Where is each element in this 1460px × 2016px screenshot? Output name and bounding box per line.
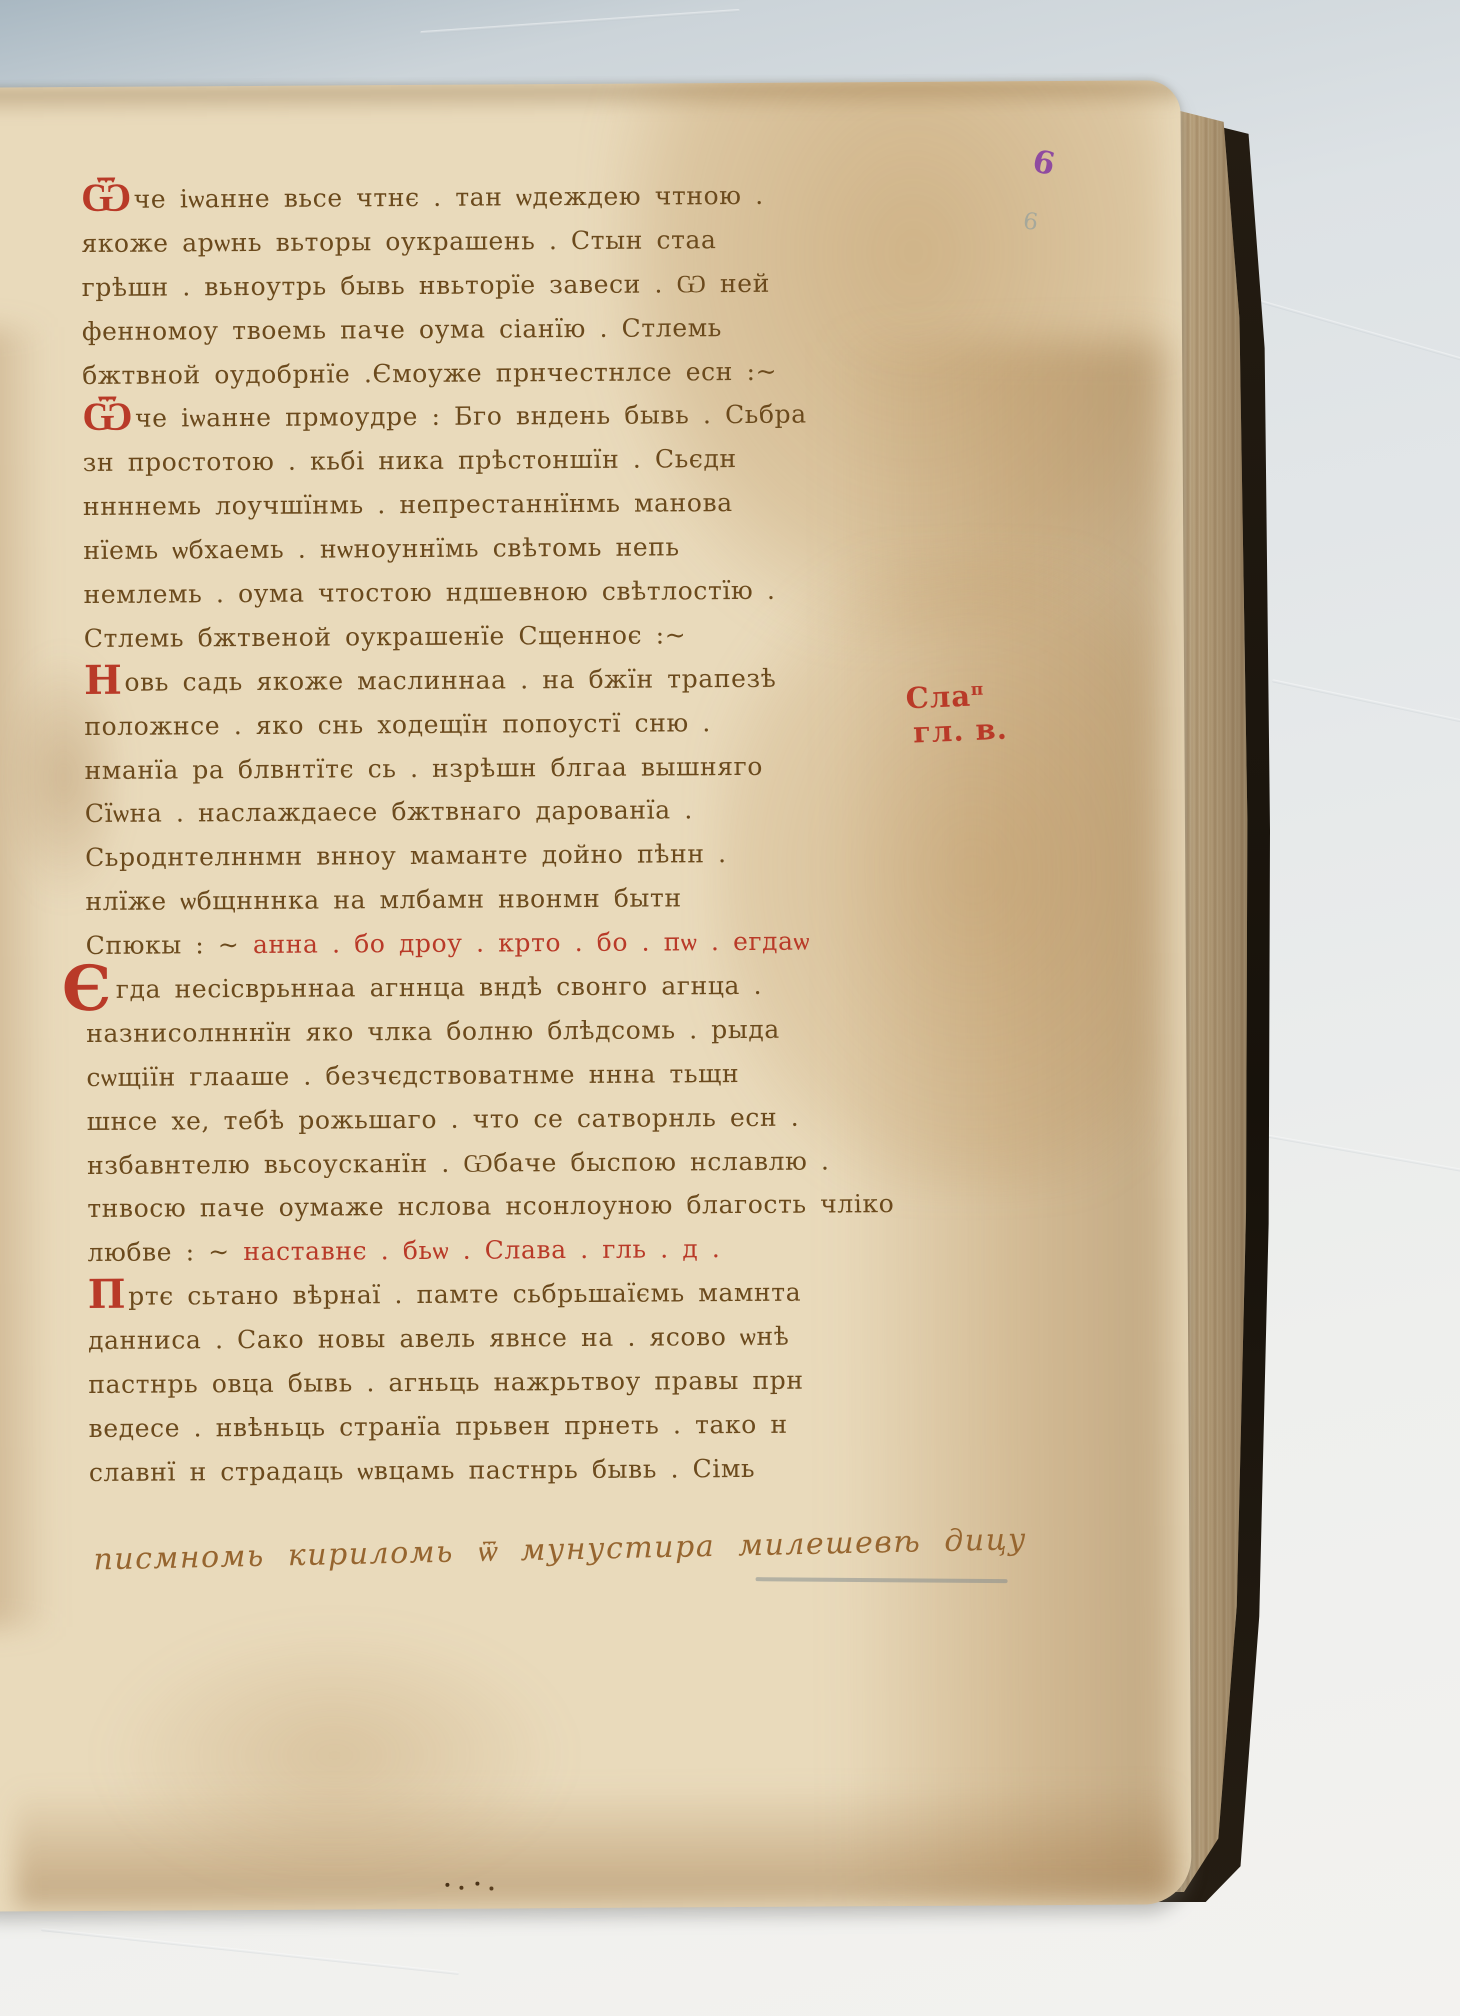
body-text: ведесе . нвѣньць странїа прьвен прнеть .… <box>89 1410 788 1443</box>
stain-left-edge <box>0 327 54 1627</box>
text-line: фенномоу твоемь паче оума сіанїю . Стлем… <box>82 312 772 360</box>
text-line: Ѿче іѡанне вьсе чтнє . тан ѡдеждею чтною… <box>81 181 771 229</box>
body-text: че іѡанне прмоудре : Бго вндень бывь . С… <box>135 400 807 433</box>
body-text: нїемь ѡбхаемь . нѡноуннїмь свѣтомь непь <box>83 532 680 565</box>
body-text: гда несісврьннаа агннца вндѣ свонго агнц… <box>116 971 762 1004</box>
margin-note-superscript: п <box>970 680 984 701</box>
body-text: любве : ~ <box>87 1237 243 1267</box>
body-text: зн простотою . кьбі ника прѣстоншїн . Сь… <box>83 444 737 477</box>
body-text: немлемь . оума чтостою ндшевною свѣтлост… <box>83 576 775 609</box>
text-line: Спюкы : ~ анна . бо дроу . крто . бо . п… <box>86 927 776 975</box>
rubric-text: наставнє . бьѡ . Слава . гль . д . <box>243 1235 720 1267</box>
cloth-crease <box>1259 300 1460 364</box>
text-line: любве : ~ наставнє . бьѡ . Слава . гль .… <box>87 1234 777 1282</box>
text-line: Єгда несісврьннаа агннца вндѣ свонго агн… <box>86 971 776 1019</box>
cursive-ownership-note: писмномь кириломь ѿ мунустира милешевѣ д… <box>93 1522 1054 1578</box>
manuscript-page: 6 6 Ѿче іѡанне вьсе чтнє . тан ѡдеждею ч… <box>0 80 1192 1911</box>
rubric-initial: Є <box>62 952 112 1025</box>
body-text: славнї н страдаць ѡвцамь пастнрь бывь . … <box>89 1454 755 1487</box>
text-line: Новь садь якоже маслиннаа . на бжїн трап… <box>84 664 774 712</box>
folio-number-purple: 6 <box>1030 143 1058 183</box>
body-text: грѣшн . вьноутрь бывь нвьторїе завеси . … <box>82 269 770 302</box>
stain-bottom-left <box>104 1624 566 1887</box>
text-line: назнисолнннїн яко члка болню блѣдсомь . … <box>86 1015 776 1063</box>
text-line: зн простотою . кьбі ника прѣстоншїн . Сь… <box>83 444 773 492</box>
body-text: че іѡанне вьсе чтнє . тан ѡдеждею чтною … <box>134 181 764 214</box>
rubric-initial: П <box>88 1271 127 1318</box>
body-text: нзбавнтелю вьсоусканїн . Ѡбаче быспою нс… <box>87 1146 830 1180</box>
stain-right-margin <box>826 340 1176 1902</box>
body-text: пастнрь овца бывь . агньць нажрьтвоу пра… <box>88 1366 803 1399</box>
rubric-text: анна . бо дроу . крто . бо . пѡ . егдаѡ <box>253 927 810 959</box>
margin-rubric-note: Слап гл. в. <box>905 672 1009 750</box>
cloth-crease <box>420 9 739 34</box>
text-line: положнсе . яко снь ходещїн попоустї сню … <box>84 707 774 755</box>
stain-top-edge <box>0 80 1181 117</box>
text-line: нїемь ѡбхаемь . нѡноуннїмь свѣтомь непь <box>83 532 773 580</box>
body-text: тнвосю паче оумаже нслова нсонлоуною бла… <box>87 1190 894 1224</box>
body-text: Стлемь бжтвеной оукрашенїе Сщенноє :~ <box>84 620 687 653</box>
folio-number-pencil: 6 <box>1022 208 1040 236</box>
cloth-crease <box>1241 1130 1460 1173</box>
rubric-initial: Ѿ <box>82 393 133 440</box>
body-text: данниса . Сако новы авель явнсе на . ясо… <box>88 1322 789 1355</box>
text-block: Ѿче іѡанне вьсе чтнє . тан ѡдеждею чтною… <box>81 181 779 1502</box>
text-line: ведесе . нвѣньць странїа прьвен прнеть .… <box>89 1410 779 1458</box>
margin-note-word: Сла <box>905 679 972 716</box>
text-line: ннннемь лоучшїнмь . непрестаннїнмь манов… <box>83 488 773 536</box>
body-text: бжтвной оудобрнїе .Ємоуже прнчестнлсе ес… <box>82 356 777 389</box>
text-line: нлїже ѡбщнннка на млбамн нвонмн бытн <box>85 883 775 931</box>
text-line: немлемь . оума чтостою ндшевною свѣтлост… <box>83 576 773 624</box>
pencil-underline <box>756 1577 1008 1583</box>
text-line: нзбавнтелю вьсоусканїн . Ѡбаче быспою нс… <box>87 1146 777 1194</box>
body-text: назнисолнннїн яко члка болню блѣдсомь . … <box>86 1015 780 1048</box>
text-line: грѣшн . вьноутрь бывь нвьторїе завеси . … <box>82 269 772 317</box>
text-line: Стлемь бжтвеной оукрашенїе Сщенноє :~ <box>84 620 774 668</box>
body-text: Сьроднтелннмн внноу маманте дойно пѣнн . <box>85 839 727 872</box>
text-line: Сїѡна . наслаждаесе бжтвнаго дарованїа . <box>85 795 775 843</box>
text-line: Пртє сьтано вѣрнаї . памте сьбрьшаїємь м… <box>88 1278 778 1326</box>
stain-bottom-edge <box>15 1780 1176 1907</box>
text-line: пастнрь овца бывь . агньць нажрьтвоу пра… <box>88 1366 778 1414</box>
text-line: данниса . Сако новы авель явнсе на . ясо… <box>88 1322 778 1370</box>
body-text: ннннемь лоучшїнмь . непрестаннїнмь манов… <box>83 488 733 521</box>
body-text: овь садь якоже маслиннаа . на бжїн трапе… <box>124 664 776 697</box>
ink-speckles <box>445 1883 449 1887</box>
text-line: сѡщіїн глааше . безчєдствоватнме ннна ть… <box>86 1059 776 1107</box>
text-line: Сьроднтелннмн внноу маманте дойно пѣнн . <box>85 839 775 887</box>
body-text: ртє сьтано вѣрнаї . памте сьбрьшаїємь ма… <box>128 1278 801 1311</box>
text-line: тнвосю паче оумаже нслова нсонлоуною бла… <box>87 1190 777 1238</box>
text-line: Ѿче іѡанне прмоудре : Бго вндень бывь . … <box>82 400 772 448</box>
body-text: нлїже ѡбщнннка на млбамн нвонмн бытн <box>85 884 681 917</box>
text-line: якоже арѡнь вьторы оукрашень . Стын стаа <box>81 225 771 273</box>
body-text: положнсе . яко снь ходещїн попоустї сню … <box>84 708 711 741</box>
text-line: шнсе хе, тебѣ рожьшаго . что се сатворнл… <box>87 1102 777 1150</box>
cloth-crease <box>1272 679 1460 724</box>
margin-note-line2: гл. в. <box>912 711 1008 749</box>
photo: 6 6 Ѿче іѡанне вьсе чтнє . тан ѡдеждею ч… <box>0 0 1460 2016</box>
body-text: шнсе хе, тебѣ рожьшаго . что се сатворнл… <box>87 1102 800 1135</box>
body-text: нманїа ра блвнтїтє сь . нзрѣшн блгаа выш… <box>85 751 763 784</box>
body-text: фенномоу твоемь паче оума сіанїю . Стлем… <box>82 313 722 346</box>
rubric-initial: Ѿ <box>81 174 132 221</box>
body-text: якоже арѡнь вьторы оукрашень . Стын стаа <box>81 225 716 258</box>
body-text: Сїѡна . наслаждаесе бжтвнаго дарованїа . <box>85 796 693 829</box>
text-line: бжтвной оудобрнїе .Ємоуже прнчестнлсе ес… <box>82 356 772 404</box>
cloth-crease <box>41 1928 459 1975</box>
text-line: нманїа ра блвнтїтє сь . нзрѣшн блгаа выш… <box>85 751 775 799</box>
rubric-initial: Н <box>84 657 123 704</box>
text-line: славнї н страдаць ѡвцамь пастнрь бывь . … <box>89 1454 779 1502</box>
body-text: сѡщіїн глааше . безчєдствоватнме ннна ть… <box>86 1059 739 1092</box>
